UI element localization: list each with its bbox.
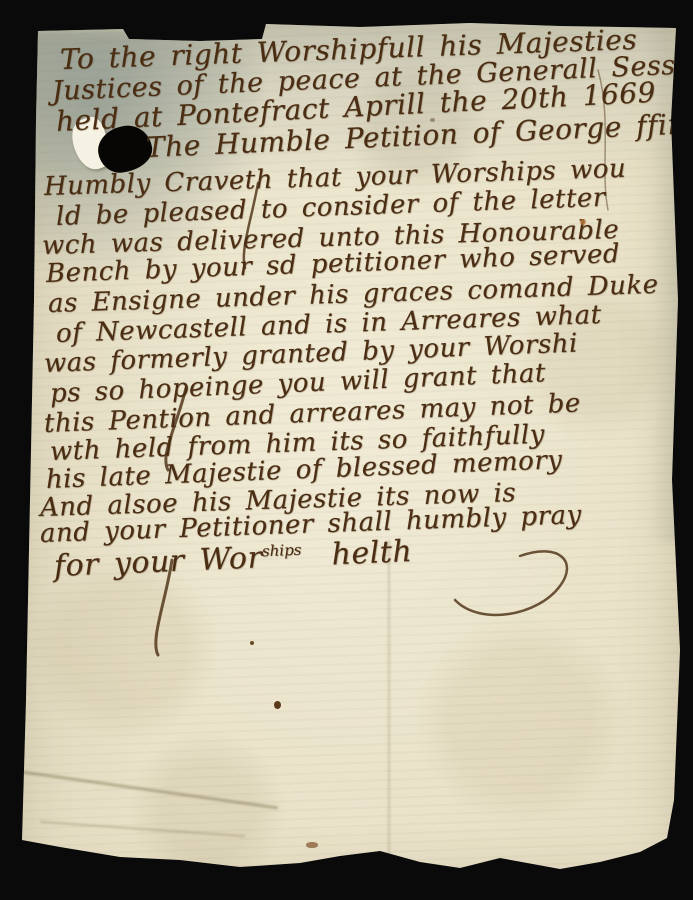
closing-superscript: ships xyxy=(262,541,302,561)
ink-smudge xyxy=(306,842,318,848)
foxing-spot xyxy=(580,219,586,225)
closing-prefix: for your Wor xyxy=(53,540,263,584)
ink-spot xyxy=(250,641,254,645)
handwriting-layer: To the right Worshipfull his Majesties J… xyxy=(0,0,693,900)
ink-spot xyxy=(274,701,281,709)
manuscript-page: To the right Worshipfull his Majesties J… xyxy=(0,0,693,900)
photo-background: To the right Worshipfull his Majesties J… xyxy=(0,0,693,900)
closing-suffix: helth xyxy=(331,534,413,572)
ink-spot xyxy=(430,118,435,122)
